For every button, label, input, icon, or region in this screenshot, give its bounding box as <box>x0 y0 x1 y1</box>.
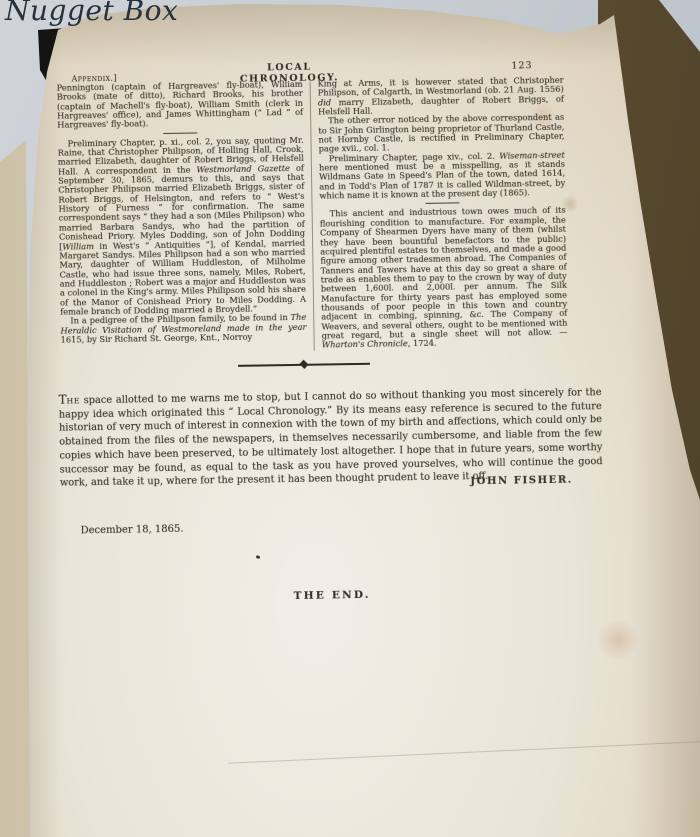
paragraph-text: The other error noticed by the above cor… <box>318 112 564 154</box>
paragraph-text: in West's “ Antiquities ”], of Kendal, m… <box>59 237 306 316</box>
paragraph-text: 1615, by Sir Richard St. George, Knt., N… <box>61 332 253 345</box>
diamond-ornament <box>299 360 308 369</box>
paragraph-text: This ancient and industrious town owes m… <box>320 205 568 340</box>
two-column-text: Pennington (captain of Hargreaves' fly-b… <box>57 76 569 355</box>
page-number: 123 <box>511 60 532 71</box>
date-line: December 18, 1865. <box>81 524 184 537</box>
paragraph-text: space allotted to me warns me to stop, b… <box>59 387 603 489</box>
italic-text: Wharton's Chronicle <box>322 338 408 349</box>
small-caps: HE <box>66 396 80 405</box>
paragraph-text: , 1724. <box>408 338 437 348</box>
paragraph: In a pedigree of the Philipson family, t… <box>60 313 306 345</box>
section-rule <box>425 203 459 205</box>
diamond-divider <box>238 360 370 369</box>
paragraph: Preliminary Chapter, page xiv., col. 2. … <box>319 150 566 201</box>
book-page: Appendix.] LOCAL CHRONOLOGY. 123 Penning… <box>0 0 700 837</box>
paragraph-text: Pennington (captain of Hargreaves' fly-b… <box>57 79 304 130</box>
column-divider-rule <box>310 82 315 351</box>
column-right: King at Arms, it is however stated that … <box>318 76 568 350</box>
drop-cap: T <box>58 393 66 407</box>
paragraph: The other error noticed by the above cor… <box>318 113 565 154</box>
section-rule <box>163 132 197 134</box>
paragraph: This ancient and industrious town owes m… <box>320 206 568 350</box>
paragraph: Pennington (captain of Hargreaves' fly-b… <box>57 80 304 131</box>
photo-watermark: Nugget Box <box>5 0 178 27</box>
paragraph: King at Arms, it is however stated that … <box>318 76 565 117</box>
ink-speck <box>256 555 261 559</box>
printed-content: Appendix.] LOCAL CHRONOLOGY. 123 Penning… <box>50 0 608 837</box>
the-end-label: THE END. <box>60 585 605 606</box>
column-left: Pennington (captain of Hargreaves' fly-b… <box>57 80 307 354</box>
paragraph: Preliminary Chapter, p. xi., col. 2, you… <box>57 136 306 317</box>
paragraph-text: here mentioned must be a misspelling, as… <box>319 159 565 201</box>
